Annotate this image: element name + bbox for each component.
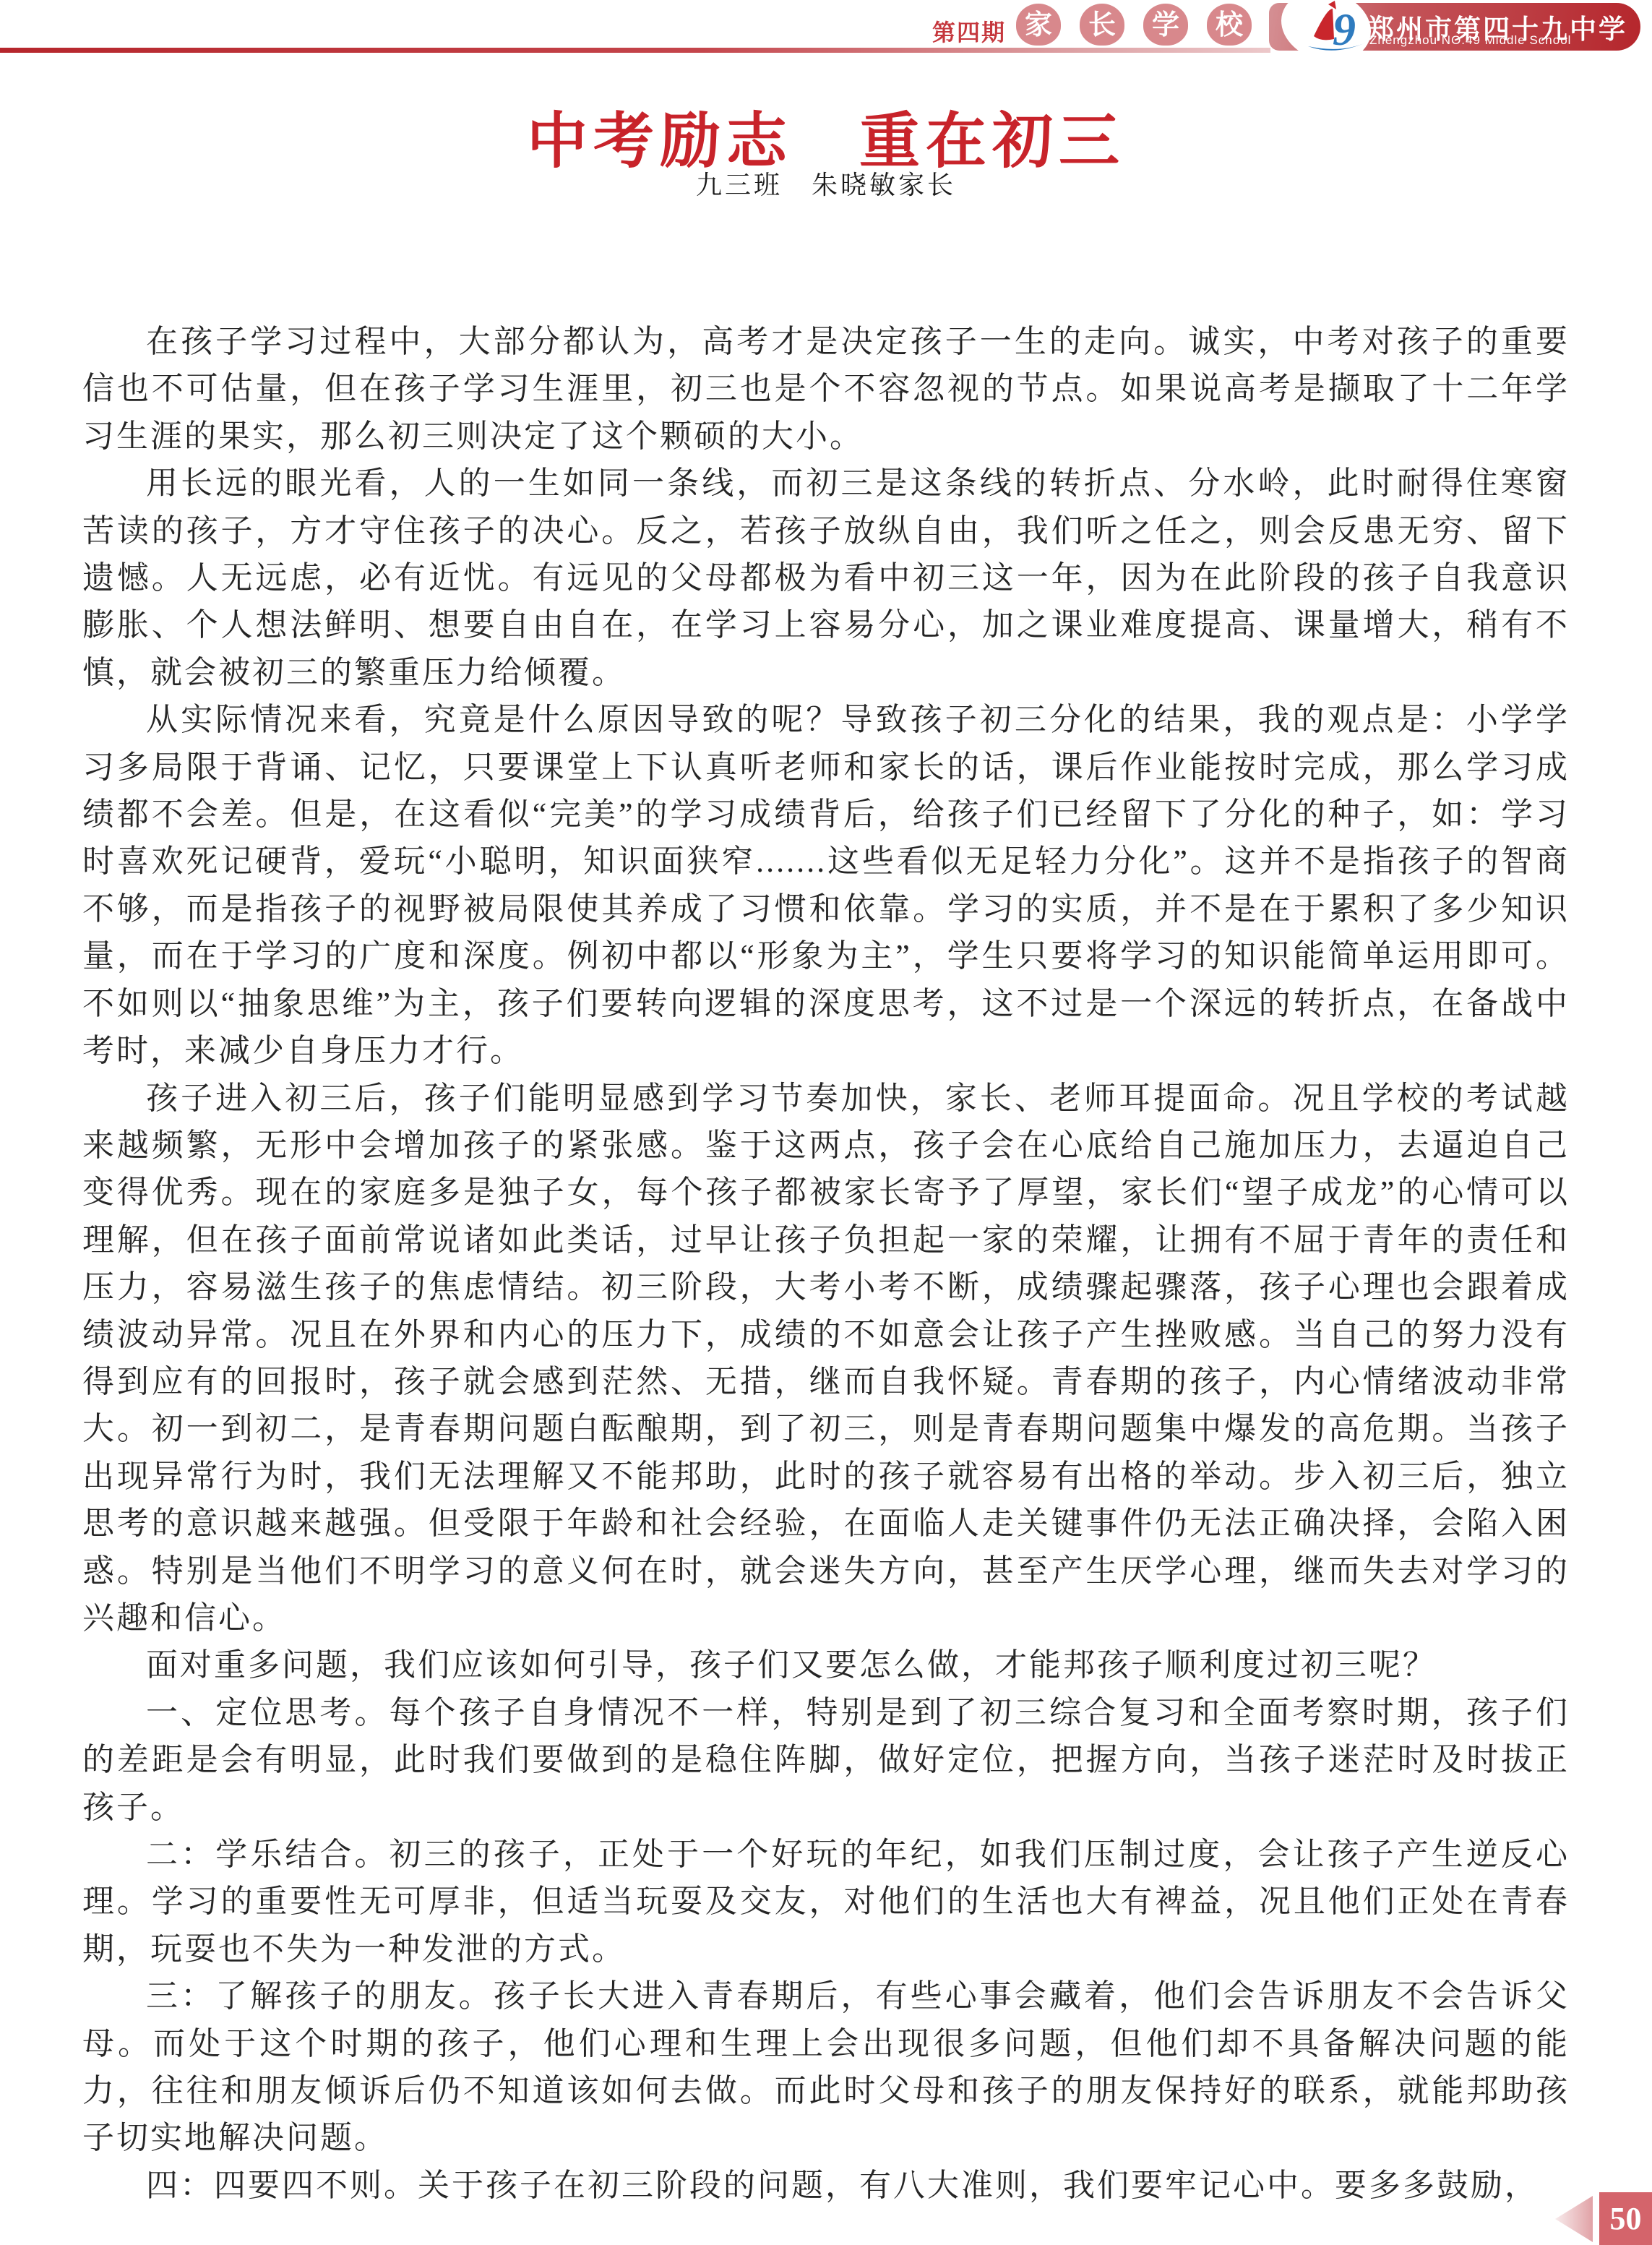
article-body: 在孩子学习过程中，大部分都认为，高考才是决定孩子一生的走向。诚实，中考对孩子的重… <box>82 318 1570 2209</box>
header-badge: 长 <box>1080 4 1124 46</box>
page: { "header": { "issue_label": "第四期", "bad… <box>0 0 1652 2245</box>
page-number-badge: 50 <box>1599 2192 1652 2245</box>
article-byline: 九三班 朱晓敏家长 <box>0 165 1652 202</box>
header-badge: 校 <box>1207 4 1252 46</box>
paragraph: 二：学乐结合。初三的孩子，正处于一个好玩的年纪，如我们压制过度，会让孩子产生逆反… <box>82 1831 1570 1973</box>
sail-49-logo-icon: 9 <box>1301 0 1373 55</box>
paragraph: 用长远的眼光看，人的一生如同一条线，而初三是这条线的转折点、分水岭，此时耐得住寒… <box>82 460 1570 696</box>
paragraph: 从实际情况来看，究竟是什么原因导致的呢？导致孩子初三分化的结果，我的观点是：小学… <box>82 696 1570 1074</box>
paragraph: 三：了解孩子的朋友。孩子长大进入青春期后，有些心事会藏着，他们会告诉朋友不会告诉… <box>82 1973 1570 2162</box>
page-number: 50 <box>1610 2201 1642 2236</box>
paragraph: 一、定位思考。每个孩子自身情况不一样，特别是到了初三综合复习和全面考察时期，孩子… <box>82 1689 1570 1831</box>
badge-row: 家长学校 <box>1016 4 1270 47</box>
header-rule <box>0 48 1270 53</box>
paragraph: 面对重多问题，我们应该如何引导，孩子们又要怎么做，才能邦孩子顺利度过初三呢？ <box>82 1641 1570 1688</box>
paragraph: 在孩子学习过程中，大部分都认为，高考才是决定孩子一生的走向。诚实，中考对孩子的重… <box>82 318 1570 460</box>
school-name-en: Zhengzhou NO.49 Middle School <box>1369 33 1630 48</box>
page-corner-arrow-icon <box>1555 2196 1593 2242</box>
issue-label: 第四期 <box>932 14 1012 48</box>
header-badge: 学 <box>1143 4 1188 46</box>
header-badge: 家 <box>1016 4 1061 46</box>
paragraph: 四：四要四不则。关于孩子在初三阶段的问题，有八大准则，我们要牢记心中。要多多鼓励… <box>82 2162 1570 2209</box>
paragraph: 孩子进入初三后，孩子们能明显感到学习节奏加快，家长、老师耳提面命。况且学校的考试… <box>82 1075 1570 1642</box>
